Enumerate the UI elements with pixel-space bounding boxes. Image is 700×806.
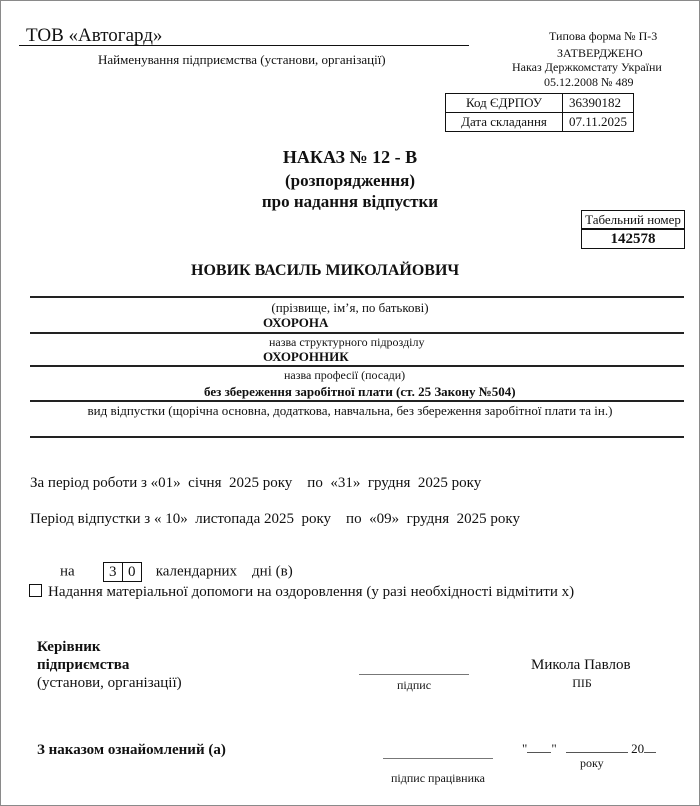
codes-row-date: Дата складання 07.11.2025 — [446, 113, 634, 132]
year-blank[interactable] — [644, 752, 656, 753]
leave-type-caption: вид відпустки (щорічна основна, додатков… — [1, 403, 699, 419]
leave-type-value: без збереження заробітної плати (ст. 25 … — [204, 384, 516, 400]
position-caption: назва професії (посади) — [284, 368, 405, 383]
tabel-number-box: Табельний номер 142578 — [581, 210, 685, 249]
company-underline — [19, 45, 469, 46]
head-signature-line — [359, 674, 469, 675]
head-name-caption: ПІБ — [531, 676, 633, 691]
name-caption: (прізвище, ім’я, по батькові) — [1, 300, 699, 316]
day-blank[interactable] — [527, 752, 551, 753]
work-period: За період роботи з «01» січня 2025 року … — [30, 475, 481, 492]
form-type: Типова форма № П-3 — [549, 29, 657, 44]
edrpou-value: 36390182 — [563, 94, 634, 113]
tabel-label: Табельний номер — [582, 211, 684, 230]
department-value: ОХОРОНА — [263, 315, 328, 331]
employee-signature-caption: підпис працівника — [383, 771, 493, 786]
month-blank[interactable] — [566, 752, 628, 753]
company-name: ТОВ «Автогард» — [26, 25, 162, 47]
material-aid-checkbox[interactable] — [29, 584, 42, 597]
codes-table: Код ЄДРПОУ 36390182 Дата складання 07.11… — [445, 93, 634, 132]
days-count-box: 30 — [103, 562, 142, 582]
position-value: ОХОРОННИК — [263, 349, 349, 365]
leave-type-line — [30, 400, 684, 402]
head-title-2: підприємства — [37, 657, 129, 674]
codes-row-edrpou: Код ЄДРПОУ 36390182 — [446, 94, 634, 113]
tabel-number: 142578 — [582, 230, 684, 248]
head-title-3: (установи, організації) — [37, 675, 182, 692]
head-title-1: Керівник — [37, 639, 101, 656]
material-aid-row: Надання матеріальної допомоги на оздоров… — [29, 584, 574, 601]
employee-name: НОВИК ВАСИЛЬ МИКОЛАЙОВИЧ — [191, 262, 459, 280]
leave-period: Період відпустки з « 10» листопада 2025 … — [30, 511, 520, 528]
days-prefix: на — [60, 563, 75, 579]
days-digit-1: 3 — [104, 563, 122, 581]
days-digit-2: 0 — [122, 563, 141, 581]
company-caption: Найменування підприємства (установи, орг… — [98, 52, 386, 68]
order-subtitle: (розпорядження) — [1, 171, 699, 191]
acknowledged-label: З наказом ознайомлений (а) — [37, 742, 226, 759]
employee-signature-line — [383, 758, 493, 759]
name-line — [30, 296, 684, 298]
approved-label: ЗАТВЕРДЖЕНО — [557, 46, 643, 61]
approved-by: Наказ Держкомстату України — [512, 60, 662, 75]
date-label: Дата складання — [446, 113, 563, 132]
year-prefix: 20 — [631, 741, 644, 756]
approved-date: 05.12.2008 № 489 — [544, 75, 633, 90]
ack-date: "" 20 — [522, 741, 656, 757]
days-suffix: календарних дні (в) — [156, 563, 293, 579]
material-aid-label: Надання матеріальної допомоги на оздоров… — [48, 584, 574, 600]
bottom-line — [30, 436, 684, 438]
date-quote-close: " — [551, 741, 556, 756]
head-signature-caption: підпис — [359, 678, 469, 693]
department-caption: назва структурного підрозділу — [269, 335, 425, 350]
order-subject: про надання відпустки — [1, 192, 699, 212]
head-name: Микола Павлов — [531, 657, 631, 674]
date-quote-open: " — [522, 741, 527, 756]
edrpou-label: Код ЄДРПОУ — [446, 94, 563, 113]
order-document: ТОВ «Автогард» Найменування підприємства… — [0, 0, 700, 806]
position-line — [30, 365, 684, 367]
year-caption: року — [580, 756, 604, 771]
date-value: 07.11.2025 — [563, 113, 634, 132]
order-title: НАКАЗ № 12 - В — [1, 147, 699, 168]
department-line — [30, 332, 684, 334]
